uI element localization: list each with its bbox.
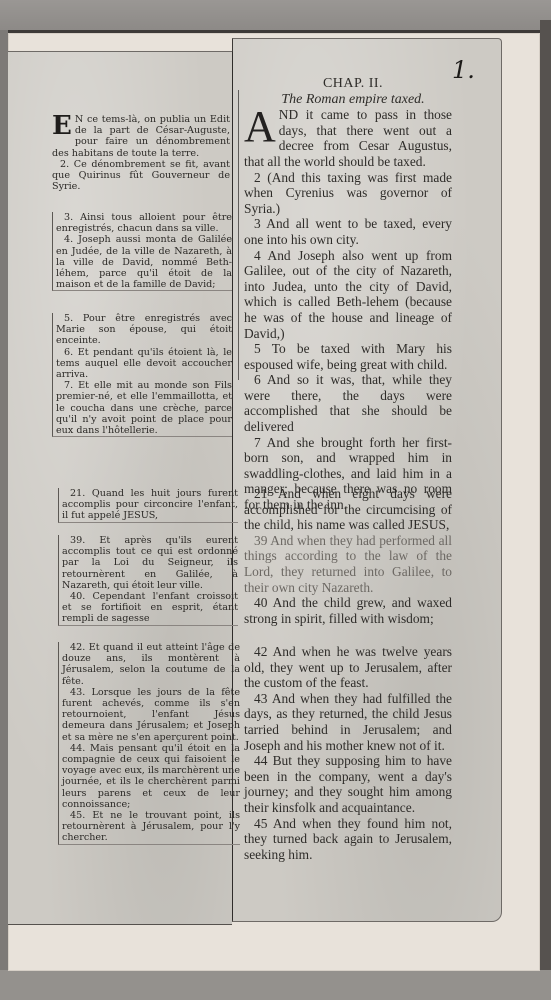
french-verse-39: 39. Et après qu'ils eurent accomplis tou… xyxy=(62,535,238,591)
french-verse-6: 6. Et pendant qu'ils étoient là, le tems… xyxy=(56,347,232,381)
french-verse-44: 44. Mais pensant qu'il étoit en la compa… xyxy=(62,743,240,810)
french-verse-2: 2. Ce dénombrement se fit, avant que Qui… xyxy=(52,159,230,193)
background-edge-right xyxy=(540,20,551,980)
english-verse-1: AND it came to pass in those days, that … xyxy=(244,107,452,169)
french-block-2: 3. Ainsi tous alloient pour être enregis… xyxy=(52,212,232,291)
french-verse-3: 3. Ainsi tous alloient pour être enregis… xyxy=(56,212,232,234)
french-block-1: EN ce tems-là, on publia un Edit de la p… xyxy=(52,114,230,192)
english-block-1: CHAP. II. The Roman empire taxed. AND it… xyxy=(244,76,452,513)
background-surface xyxy=(0,0,551,34)
french-verse-43: 43. Lorsque les jours de la fête furent … xyxy=(62,687,240,743)
french-block-3: 5. Pour être enregistrés avec Marie son … xyxy=(52,313,232,437)
english-verse-42: 42 And when he was twelve years old, the… xyxy=(244,644,452,691)
background-edge-left xyxy=(0,30,8,980)
french-verse-7: 7. Et elle mit au monde son Fils premier… xyxy=(56,380,232,436)
french-block-6: 42. Et quand il eut atteint l'âge de dou… xyxy=(58,642,240,845)
french-verse-1: EN ce tems-là, on publia un Edit de la p… xyxy=(52,114,230,159)
english-verse-4: 4 And Joseph also went up from Galilee, … xyxy=(244,248,452,342)
chapter-heading: CHAP. II. xyxy=(244,76,452,92)
english-verse-5: 5 To be taxed with Mary his espoused wif… xyxy=(244,341,452,372)
column-rule xyxy=(238,90,239,380)
english-block-2: 21 And when eight days were accomplished… xyxy=(244,486,452,626)
french-verse-40: 40. Cependant l'enfant croissoit et se f… xyxy=(62,591,238,625)
english-verse-45: 45 And when they found him not, they tur… xyxy=(244,816,452,863)
french-verse-4: 4. Joseph aussi monta de Galilée en Judé… xyxy=(56,234,232,290)
french-dropcap: E xyxy=(52,115,72,137)
english-verse-6: 6 And so it was, that, while they were t… xyxy=(244,372,452,434)
background-surface-bottom xyxy=(0,970,551,1000)
english-verse-21: 21 And when eight days were accomplished… xyxy=(244,486,452,533)
english-block-3: 42 And when he was twelve years old, the… xyxy=(244,644,452,862)
english-verse-40: 40 And the child grew, and waxed strong … xyxy=(244,595,452,626)
french-verse-5: 5. Pour être enregistrés avec Marie son … xyxy=(56,313,232,347)
english-verse-2: 2 (And this taxing was first made when C… xyxy=(244,170,452,217)
english-verse-39: 39 And when they had performed all thing… xyxy=(244,533,452,595)
english-verse-3: 3 And all went to be taxed, every one in… xyxy=(244,216,452,247)
french-block-4: 21. Quand les huit jours furent accompli… xyxy=(58,488,238,523)
french-block-5: 39. Et après qu'ils eurent accomplis tou… xyxy=(58,535,238,626)
french-verse-42: 42. Et quand il eut atteint l'âge de dou… xyxy=(62,642,240,687)
page-number: 1. xyxy=(452,56,475,84)
english-verse-43: 43 And when they had fulfilled the days,… xyxy=(244,691,452,753)
french-verse-45: 45. Et ne le trouvant point, ils retourn… xyxy=(62,810,240,844)
english-verse-44: 44 But they supposing him to have been i… xyxy=(244,753,452,815)
french-verse-21: 21. Quand les huit jours furent accompli… xyxy=(62,488,238,522)
english-dropcap: A xyxy=(244,109,276,145)
